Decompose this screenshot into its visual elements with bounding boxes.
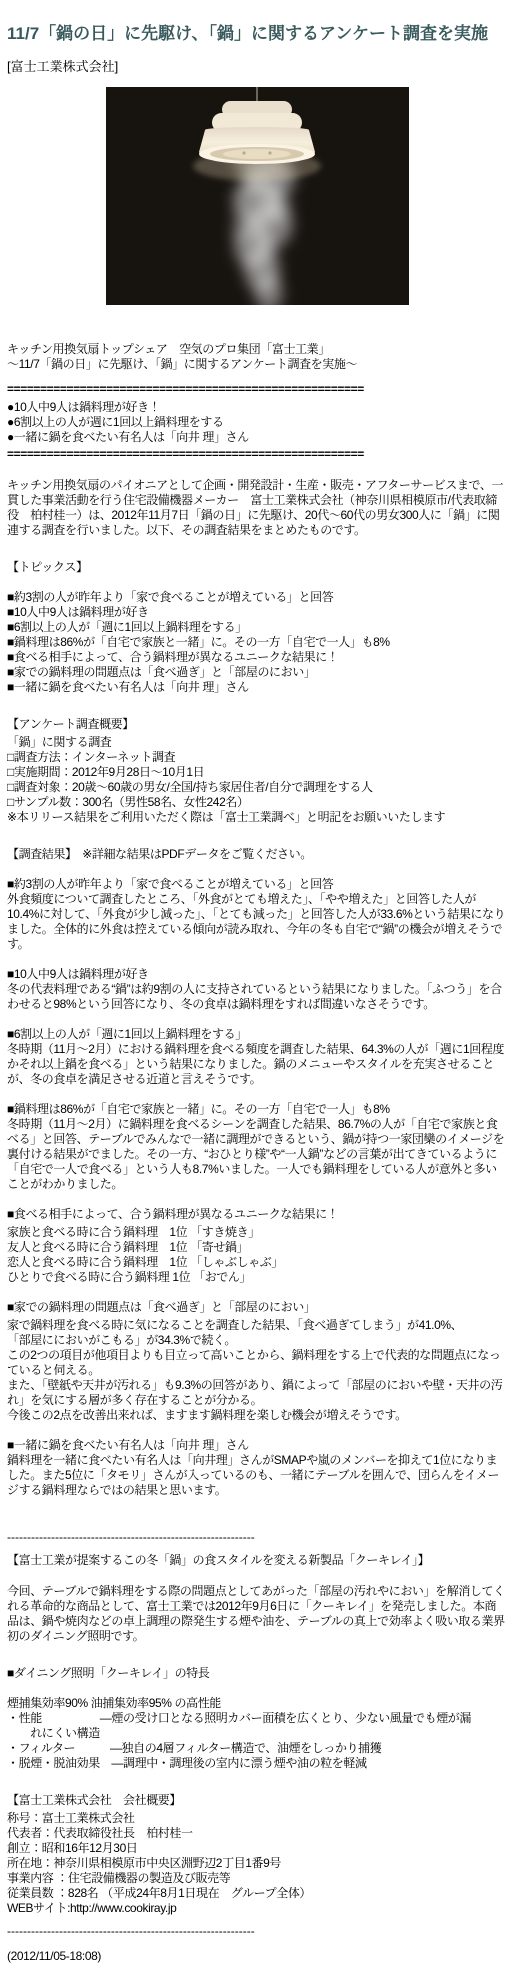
- result-block-eating-at-home: ■約3割の人が昨年より「家で食べることが増えている」と回答 外食頻度について調査…: [7, 877, 507, 952]
- result-block-title: ■6割以上の人が「週に1回以上鍋料理をする」: [7, 1027, 507, 1042]
- result-block-title: ■10人中9人は鍋料理が好き: [7, 967, 507, 982]
- result-block-body: 冬時期（11月～2月）に鍋料理を食べるシーンを調査した結果、86.7%の人が「自…: [7, 1117, 507, 1192]
- nabe-ranking-item: 家族と食べる時に合う鍋料理 1位 「すき焼き」: [7, 1225, 507, 1240]
- company-overview-item: 創立：昭和16年12月30日: [7, 1841, 507, 1856]
- survey-overview-item: □調査方法：インターネット調査: [7, 750, 507, 765]
- problem-line: 今後この2点を改善出来れば、ますます鍋料理を楽しむ機会が増えそうです。: [7, 1408, 507, 1423]
- result-block-title: ■家での鍋料理の問題点は「食べ過ぎ」と「部屋のにおい」: [7, 1300, 507, 1315]
- survey-overview-item: ※本リリース結果をご利用いただく際は「富士工業調べ」と明記をお願いいたします: [7, 810, 507, 825]
- result-block-body: 冬時期（11月～2月）における鍋料理を食べる頻度を調査した結果、64.3%の人が…: [7, 1042, 507, 1087]
- result-block-celebrity: ■一緒に鍋を食べたい有名人は「向井 理」さん 鍋料理を一緒に食べたい有名人は「向…: [7, 1438, 507, 1498]
- product-feature-item: ・脱煙・脱油効果 ―調理中・調理後の室内に漂う煙や油の粒を軽減: [7, 1756, 507, 1771]
- product-heading: 【富士工業が提案するこの冬「鍋」の食スタイルを変える新製品「クーキレイ」】: [7, 1553, 507, 1568]
- nabe-ranking-list: 家族と食べる時に合う鍋料理 1位 「すき焼き」友人と食べる時に合う鍋料理 1位 …: [7, 1225, 507, 1285]
- press-release-page: 11/7「鍋の日」に先駆け、「鍋」に関するアンケート調査を実施 [富士工業株式会…: [0, 0, 513, 1976]
- highlight-list: ●10人中9人は鍋料理が好き！●6割以上の人が週に1回以上鍋料理をする●一緒に鍋…: [7, 400, 507, 445]
- problem-lines: 家で鍋料理を食べる時に気になることを調査した結果、「食べ過ぎてしまう」が41.0…: [7, 1318, 507, 1423]
- result-block-body: 冬の代表料理である“鍋”は約9割の人に支持されているという結果になりました。「ふ…: [7, 982, 507, 1012]
- subheadline-line1: キッチン用換気扇トップシェア 空気のプロ集団「富士工業」: [7, 342, 507, 357]
- result-block-title: ■一緒に鍋を食べたい有名人は「向井 理」さん: [7, 1438, 507, 1453]
- company-overview-item: 従業員数 ：828名 （平成24年8月1日現在 グループ全体）: [7, 1886, 507, 1901]
- equals-divider-bottom: ========================================…: [7, 447, 507, 462]
- problem-line: 「部屋ににおいがこもる」が34.3%で続く。: [7, 1333, 507, 1348]
- survey-overview-item: 「鍋」に関する調査: [7, 735, 507, 750]
- topic-item: ■食べる相手によって、合う鍋料理が異なるユニークな結果に！: [7, 650, 507, 665]
- result-block-with-family: ■鍋料理は86%が「自宅で家族と一緒」に。その一方「自宅で一人」も8% 冬時期（…: [7, 1102, 507, 1192]
- page-title: 11/7「鍋の日」に先駆け、「鍋」に関するアンケート調査を実施: [7, 22, 507, 46]
- nabe-ranking-item: 友人と食べる時に合う鍋料理 1位 「寄せ鍋」: [7, 1240, 507, 1255]
- survey-overview-list: 「鍋」に関する調査□調査方法：インターネット調査□実施期間：2012年9月28日…: [7, 735, 507, 825]
- company-overview-list: 称号：富士工業株式会社代表者：代表取締役社長 柏村桂一創立：昭和16年12月30…: [7, 1811, 507, 1916]
- topic-item: ■10人中9人は鍋料理が好き: [7, 605, 507, 620]
- topics-heading: 【トピックス】: [7, 560, 507, 575]
- nabe-ranking-item: 恋人と食べる時に合う鍋料理 1位 「しゃぶしゃぶ」: [7, 1255, 507, 1270]
- company-overview-item: 称号：富士工業株式会社: [7, 1811, 507, 1826]
- product-features-list: 煙捕集効率90% 油捕集効率95% の高性能・性能 ―煙の受け口となる照明カバー…: [7, 1696, 507, 1771]
- product-feature-item: ・性能 ―煙の受け口となる照明カバー面積を広くとり、少ない風量でも煙が漏: [7, 1711, 507, 1726]
- result-block-body: 外食頻度について調査したところ、「外食がとても増えた」、「やや増えた」と回答した…: [7, 892, 507, 952]
- company-overview-item: 所在地：神奈川県相模原市中央区淵野辺2丁目1番9号: [7, 1856, 507, 1871]
- topic-item: ■約3割の人が昨年より「家で食べることが増えている」と回答: [7, 590, 507, 605]
- result-block-rankings: ■食べる相手によって、合う鍋料理が異なるユニークな結果に！ 家族と食べる時に合う…: [7, 1207, 507, 1285]
- survey-overview-item: □調査対象：20歳～60歳の男女/全国/持ち家居住者/自分で調理をする人: [7, 780, 507, 795]
- company-overview-item: 代表者：代表取締役社長 柏村桂一: [7, 1826, 507, 1841]
- product-feature-item: れにくい構造: [7, 1726, 507, 1741]
- result-block-body: 鍋料理を一緒に食べたい有名人は「向井理」さんがSMAPや嵐のメンバーを抑えて1位…: [7, 1453, 507, 1498]
- topics-list: ■約3割の人が昨年より「家で食べることが増えている」と回答■10人中9人は鍋料理…: [7, 590, 507, 695]
- topic-item: ■6割以上の人が「週に1回以上鍋料理をする」: [7, 620, 507, 635]
- survey-overview-item: □サンプル数：300名（男性58名、女性242名）: [7, 795, 507, 810]
- product-paragraph: 今回、テーブルで鍋料理をする際の問題点としてあがった「部屋の汚れやにおい」を解消…: [7, 1584, 507, 1644]
- product-photo: [106, 87, 409, 305]
- intro-paragraph: キッチン用換気扇のパイオニアとして企画・開発設計・生産・販売・アフターサービスま…: [7, 478, 507, 538]
- topic-item: ■一緒に鍋を食べたい有名人は「向井 理」さん: [7, 680, 507, 695]
- result-block-nine-of-ten: ■10人中9人は鍋料理が好き 冬の代表料理である“鍋”は約9割の人に支持されてい…: [7, 967, 507, 1012]
- dash-divider-product: ----------------------------------------…: [7, 1530, 507, 1545]
- product-feature-item: ・フィルター ―独自の4層フィルター構造で、油煙をしっかり捕獲: [7, 1741, 507, 1756]
- subheadline-line2: ～11/7「鍋の日」に先駆け、「鍋」に関するアンケート調査を実施～: [7, 357, 507, 372]
- topic-item: ■家での鍋料理の問題点は「食べ過ぎ」と「部屋のにおい」: [7, 665, 507, 680]
- problem-line: この2つの項目が他項目よりも目立って高いことから、鍋料理をする上で代表的な問題点…: [7, 1348, 507, 1378]
- equals-divider-top: ========================================…: [7, 382, 507, 397]
- release-timestamp: (2012/11/05-18:08): [7, 1949, 507, 1964]
- highlight-item: ●6割以上の人が週に1回以上鍋料理をする: [7, 415, 507, 430]
- result-block-title: ■約3割の人が昨年より「家で食べることが増えている」と回答: [7, 877, 507, 892]
- cookiray-lamp-illustration: [106, 87, 409, 305]
- result-block-title: ■鍋料理は86%が「自宅で家族と一緒」に。その一方「自宅で一人」も8%: [7, 1102, 507, 1117]
- problem-line: また、「壁紙や天井が汚れる」も9.3%の回答があり、鍋によって「部屋のにおいや壁…: [7, 1378, 507, 1408]
- product-features-heading: ■ダイニング照明「クーキレイ」の特長: [7, 1666, 507, 1681]
- survey-overview-item: □実施期間：2012年9月28日～10月1日: [7, 765, 507, 780]
- company-overview-heading: 【富士工業株式会社 会社概要】: [7, 1793, 507, 1808]
- results-heading: 【調査結果】 ※詳細な結果はPDFデータをご覧ください。: [7, 847, 507, 862]
- problem-line: 家で鍋料理を食べる時に気になることを調査した結果、「食べ過ぎてしまう」が41.0…: [7, 1318, 507, 1333]
- highlight-item: ●10人中9人は鍋料理が好き！: [7, 400, 507, 415]
- result-block-weekly-nabe: ■6割以上の人が「週に1回以上鍋料理をする」 冬時期（11月～2月）における鍋料…: [7, 1027, 507, 1087]
- result-block-title: ■食べる相手によって、合う鍋料理が異なるユニークな結果に！: [7, 1207, 507, 1222]
- survey-overview-heading: 【アンケート調査概要】: [7, 717, 507, 732]
- subheadline: キッチン用換気扇トップシェア 空気のプロ集団「富士工業」 ～11/7「鍋の日」に…: [7, 342, 507, 372]
- result-block-problems: ■家での鍋料理の問題点は「食べ過ぎ」と「部屋のにおい」 家で鍋料理を食べる時に気…: [7, 1300, 507, 1423]
- source-company-tag: [富士工業株式会社]: [7, 59, 507, 75]
- dash-divider-footer: ----------------------------------------…: [7, 1924, 507, 1939]
- topic-item: ■鍋料理は86%が「自宅で家族と一緒」に。その一方「自宅で一人」も8%: [7, 635, 507, 650]
- company-overview-item: 事業内容 ：住宅設備機器の製造及び販売等: [7, 1871, 507, 1886]
- product-feature-item: 煙捕集効率90% 油捕集効率95% の高性能: [7, 1696, 507, 1711]
- company-overview-item: WEBサイト:http://www.cookiray.jp: [7, 1901, 507, 1916]
- highlight-item: ●一緒に鍋を食べたい有名人は「向井 理」さん: [7, 430, 507, 445]
- nabe-ranking-item: ひとりで食べる時に合う鍋料理 1位 「おでん」: [7, 1270, 507, 1285]
